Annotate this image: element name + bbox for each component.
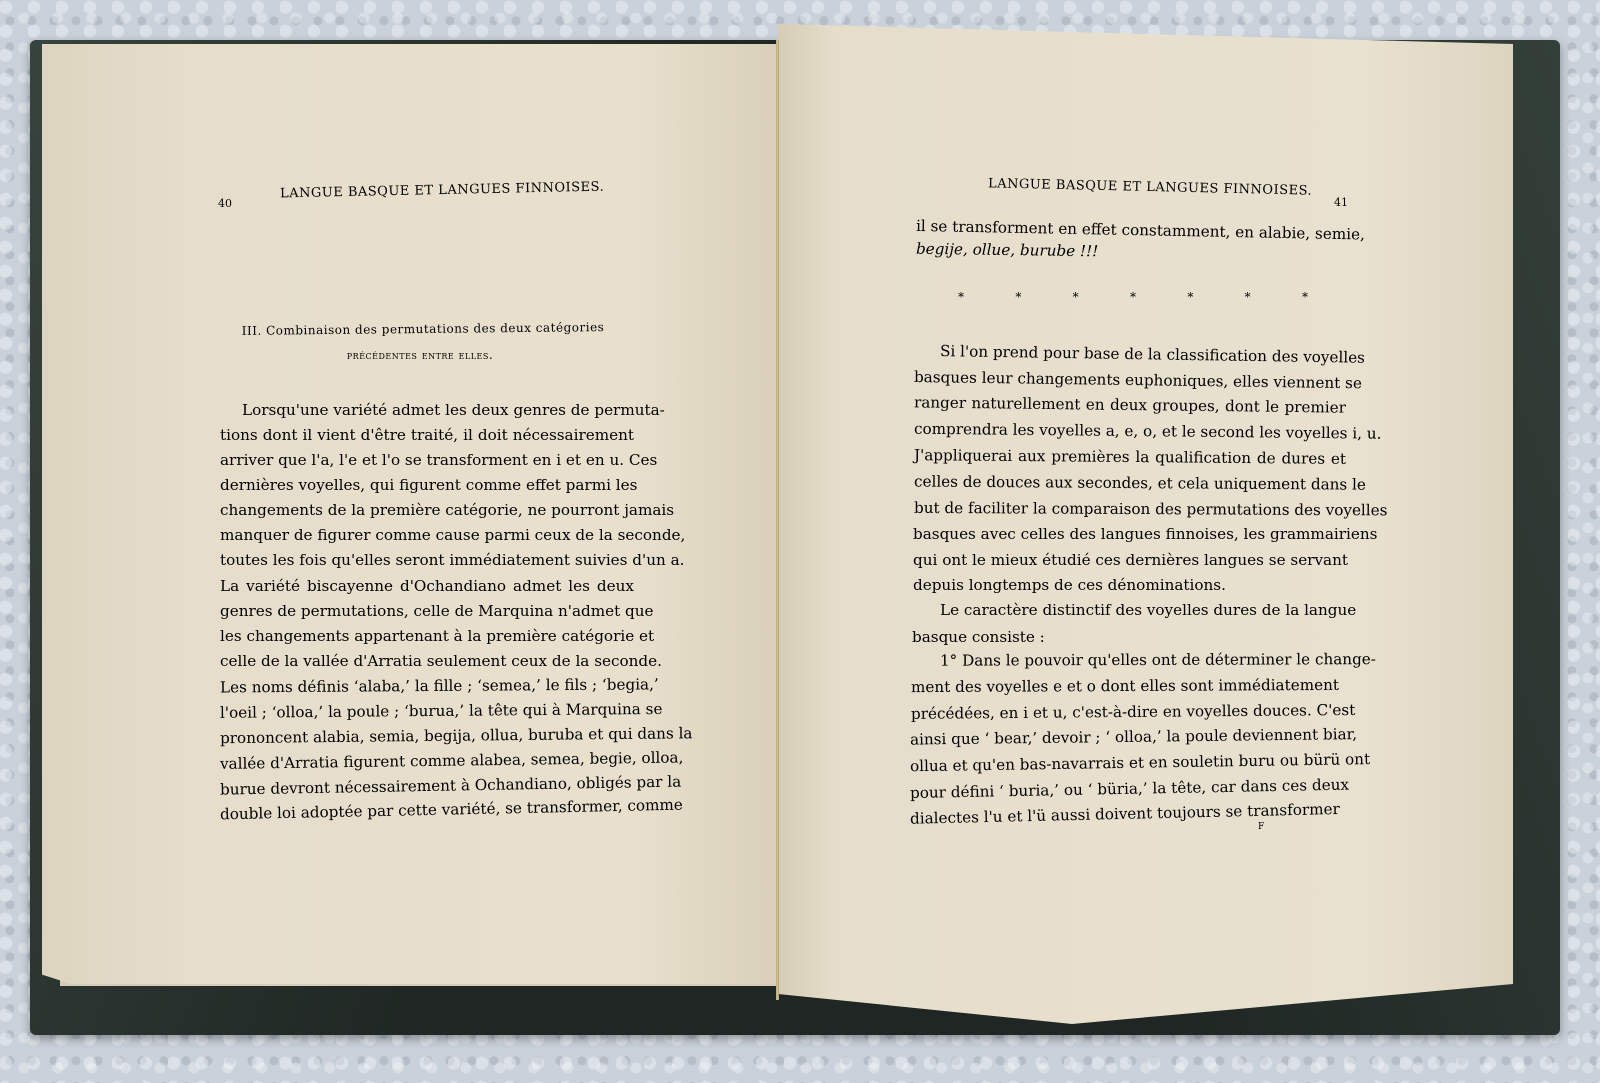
text-line: tions dont il vient d'être traité, il do…	[220, 425, 634, 445]
asterisk: *	[1302, 290, 1308, 304]
signature-mark: F	[1258, 822, 1264, 832]
text-line: l'oeil ; ‘olloa,’ la poule ; ‘burua,’ la…	[220, 699, 634, 723]
text-line: 1° Dans le pouvoir qu'elles ont de déter…	[912, 649, 1336, 670]
section-title-line2: précédentes entre elles.	[210, 348, 630, 362]
text-line: depuis longtemps de ces dénominations.	[913, 575, 1226, 595]
section-separator: * * * * * * *	[958, 290, 1308, 304]
text-line: dernières voyelles, qui figurent comme e…	[220, 475, 634, 495]
text-line: celle de la vallée d'Arratia seulement c…	[220, 651, 634, 671]
text-line: changements de la première catégorie, ne…	[220, 500, 634, 520]
asterisk: *	[1015, 290, 1021, 304]
text-line: La variété biscayenne d'Ochandiano admet…	[220, 576, 634, 596]
text-line: manquer de figurer comme cause parmi ceu…	[220, 525, 634, 545]
text-line: toutes les fois qu'elles seront immédiat…	[220, 550, 634, 570]
text-line: les changements appartenant à la premièr…	[220, 626, 634, 646]
asterisk: *	[1073, 290, 1079, 304]
asterisk: *	[1130, 290, 1136, 304]
text-line: qui ont le mieux étudié ces dernières la…	[913, 550, 1345, 570]
text-line: ment des voyelles e et o dont elles sont…	[911, 675, 1335, 697]
text-line: Les noms définis ‘alaba,’ la fille ; ‘se…	[220, 675, 634, 698]
text-line: celles de douces aux secondes, et cela u…	[914, 471, 1346, 494]
text-line: Le caractère distinctif des voyelles dur…	[912, 600, 1338, 620]
text-line: précédées, en i et u, c'est-à-dire en vo…	[911, 700, 1333, 724]
text-line: basque consiste :	[912, 627, 1045, 647]
asterisk: *	[1245, 290, 1251, 304]
text-line: genres de permutations, celle de Marquin…	[220, 601, 634, 621]
text-line: begije, ollue, burube !!!	[916, 239, 1099, 262]
text-line: arriver que l'a, l'e et l'o se transform…	[220, 450, 634, 470]
asterisk: *	[958, 290, 964, 304]
text-line: Lorsqu'une variété admet les deux genres…	[220, 400, 634, 420]
right-page-number: 41	[1334, 196, 1348, 209]
book-gutter	[776, 40, 779, 1000]
asterisk: *	[1187, 290, 1193, 304]
text-line: J'appliquerai aux premières la qualifica…	[914, 445, 1346, 469]
text-line: basques avec celles des langues finnoise…	[913, 524, 1345, 544]
left-page-number: 40	[218, 197, 232, 210]
text-line: but de faciliter la comparaison des perm…	[914, 498, 1346, 520]
